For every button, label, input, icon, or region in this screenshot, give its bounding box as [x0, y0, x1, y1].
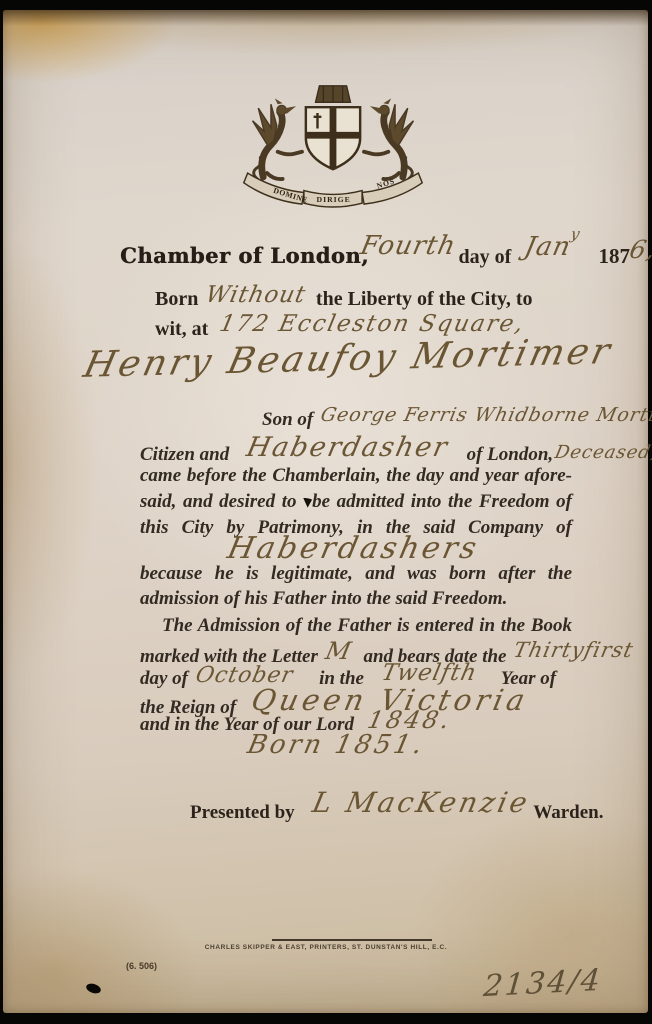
citizen-line: Citizen andHaberdasherof London,Deceased…	[140, 436, 652, 467]
reference-number-handwritten: 2134/4	[482, 963, 603, 1004]
day-of-label: day of	[459, 246, 512, 268]
admission-day-handwritten: Thirtyfirst	[512, 638, 636, 662]
body-line-4: because he is legitimate, and was born a…	[140, 562, 572, 586]
born-note-line: Born 1851.	[248, 730, 425, 760]
company-script-line: Haberdashers	[228, 531, 479, 566]
warden-label: Warden.	[533, 802, 603, 823]
presented-by-label: Presented by	[190, 802, 295, 823]
body-line-2: said, and desired to be admitted into th…	[140, 490, 572, 514]
company-handwritten: Haberdasher	[244, 432, 452, 463]
chamber-of-london-label: Chamber of London,	[120, 243, 369, 268]
ink-blot	[303, 498, 312, 508]
freeman-name-handwritten: Henry Beaufoy Mortimer	[80, 331, 617, 386]
wit-at-label: wit, at	[155, 318, 208, 340]
body-line-1: came before the Chamberlain, the day and…	[140, 464, 572, 488]
body-line-2a: said, and desired to	[140, 491, 297, 512]
year-digit-handwritten: 6,	[627, 235, 652, 264]
of-london-label: of London,	[467, 444, 554, 465]
father-name-handwritten: George Ferris Whidborne Mortimer	[319, 404, 652, 426]
book-letter-handwritten: M	[323, 637, 355, 665]
printer-imprint: CHARLES SKIPPER & EAST, PRINTERS, ST. DU…	[0, 944, 652, 951]
born-line: BornWithoutthe Liberty of the City, to	[155, 285, 533, 311]
month-handwritten: Jan	[522, 232, 574, 262]
document-photo: DOMINE DIRIGE NOS Chamber of London,Four…	[0, 0, 652, 1024]
status-handwritten: Deceased,	[553, 442, 652, 463]
company-plural-handwritten: Haberdashers	[224, 531, 482, 566]
motto-dirige: DIRIGE	[317, 195, 351, 204]
admission-line-1: The Admission of the Father is entered i…	[140, 614, 572, 638]
printer-rule	[272, 939, 432, 941]
son-of-label: Son of	[262, 409, 313, 430]
address-handwritten: 172 Eccleston Square,	[218, 311, 528, 337]
where-handwritten: Without	[204, 282, 309, 308]
father-line: Son ofGeorge Ferris Whidborne Mortimer	[262, 408, 652, 431]
presentation-line: Presented byL MacKenzieWarden.	[190, 792, 603, 825]
warden-signature-handwritten: L MacKenzie	[309, 786, 533, 819]
born-year-handwritten: Born 1851.	[245, 730, 428, 760]
heading-line: Chamber of London,Fourthday ofJany1876,	[120, 240, 652, 270]
city-of-london-crest-icon: DOMINE DIRIGE NOS	[236, 80, 430, 208]
citizen-and-label: Citizen and	[140, 444, 229, 465]
body-line-2b: be admitted into the Freedom of	[312, 491, 572, 512]
form-number: (6. 506)	[126, 961, 157, 971]
freeman-name-line: Henry Beaufoy Mortimer	[86, 338, 610, 379]
body-line-5: admission of his Father into the said Fr…	[140, 588, 507, 610]
liberty-text: the Liberty of the City, to	[316, 288, 533, 310]
reference-number-line: 2134/4	[484, 966, 602, 1001]
day-handwritten: Fourth	[358, 231, 459, 261]
born-label: Born	[155, 288, 198, 310]
year-printed: 187	[598, 244, 630, 268]
